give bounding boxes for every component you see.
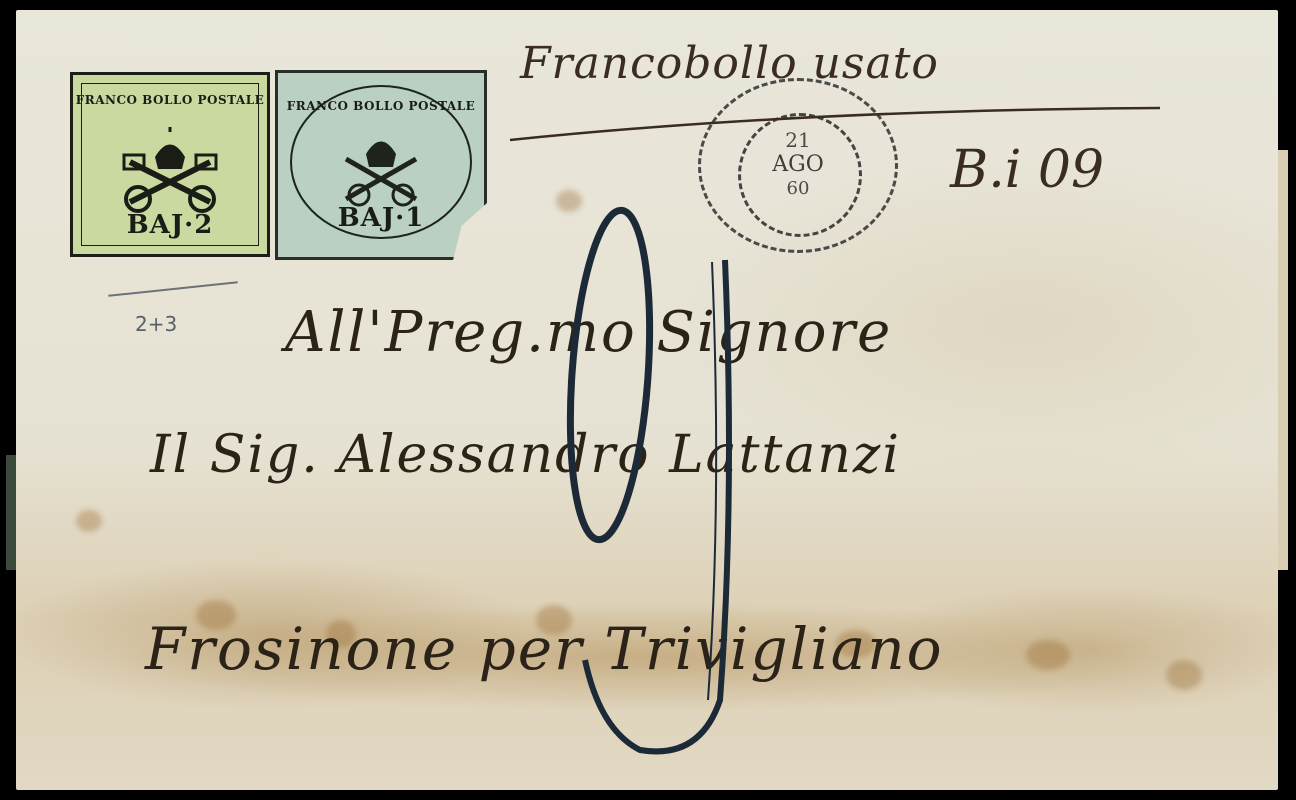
large-tax-nine-icon: [561, 208, 729, 752]
underline-stroke: [510, 108, 1160, 140]
ink-strokes-overlay: [0, 0, 1296, 800]
